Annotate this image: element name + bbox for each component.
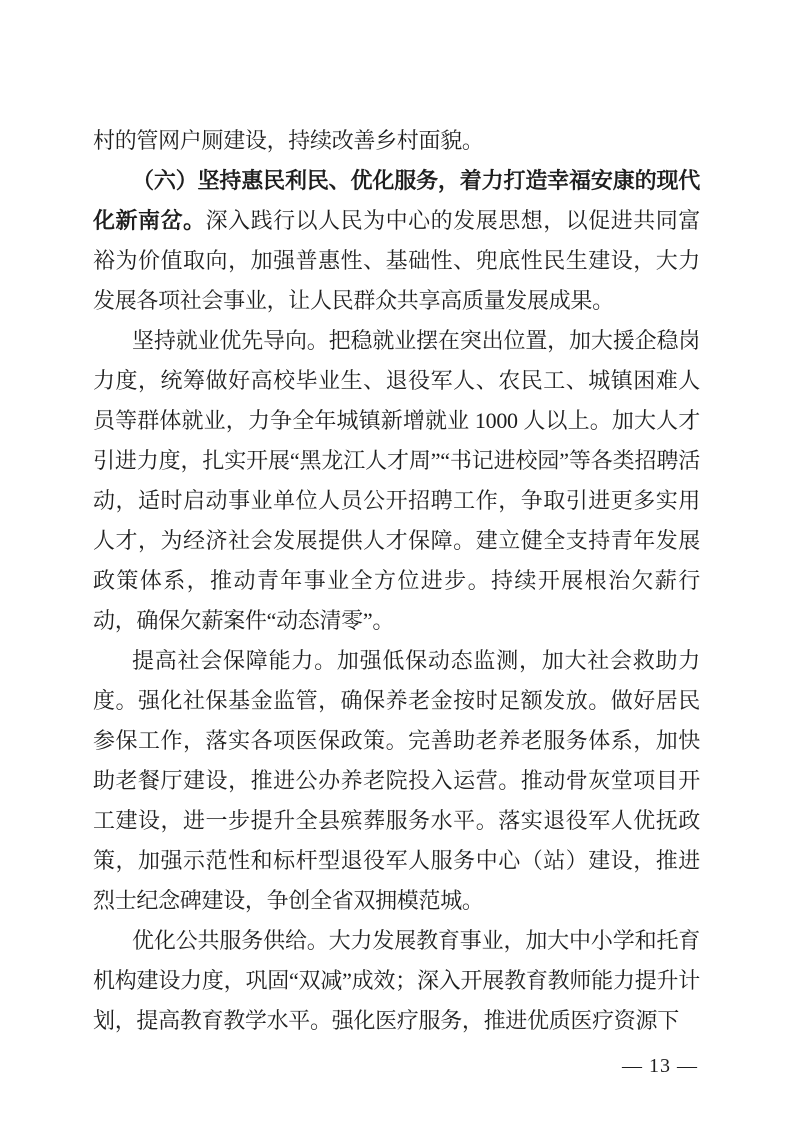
page-number: — 13 — [622, 1053, 698, 1079]
page-content: 村的管网户厕建设，持续改善乡村面貌。 （六）坚持惠民利民、优化服务，着力打造幸福… [93, 121, 700, 1041]
paragraph-text: 加强低保动态监测，加大社会救助力度。强化社保基金监管，确保养老金按时足额发放。做… [93, 648, 700, 913]
paragraph-employment: 坚持就业优先导向。把稳就业摆在突出位置，加大援企稳岗力度，统筹做好高校毕业生、退… [93, 321, 700, 641]
paragraph-lead: 优化公共服务供给。 [132, 928, 329, 953]
paragraph-section-six: （六）坚持惠民利民、优化服务，着力打造幸福安康的现代化新南岔。深入践行以人民为中… [93, 161, 700, 321]
paragraph-text: 把稳就业摆在突出位置，加大援企稳岗力度，统筹做好高校毕业生、退役军人、农民工、城… [93, 328, 700, 633]
document-page: 村的管网户厕建设，持续改善乡村面貌。 （六）坚持惠民利民、优化服务，着力打造幸福… [0, 0, 793, 1122]
paragraph-continuation: 村的管网户厕建设，持续改善乡村面貌。 [93, 121, 700, 161]
paragraph-lead: 提高社会保障能力。 [132, 648, 337, 673]
paragraph-public-services: 优化公共服务供给。大力发展教育事业，加大中小学和托育机构建设力度，巩固“双减”成… [93, 921, 700, 1041]
paragraph-social-security: 提高社会保障能力。加强低保动态监测，加大社会救助力度。强化社保基金监管，确保养老… [93, 641, 700, 921]
paragraph-lead: 坚持就业优先导向。 [132, 328, 329, 353]
